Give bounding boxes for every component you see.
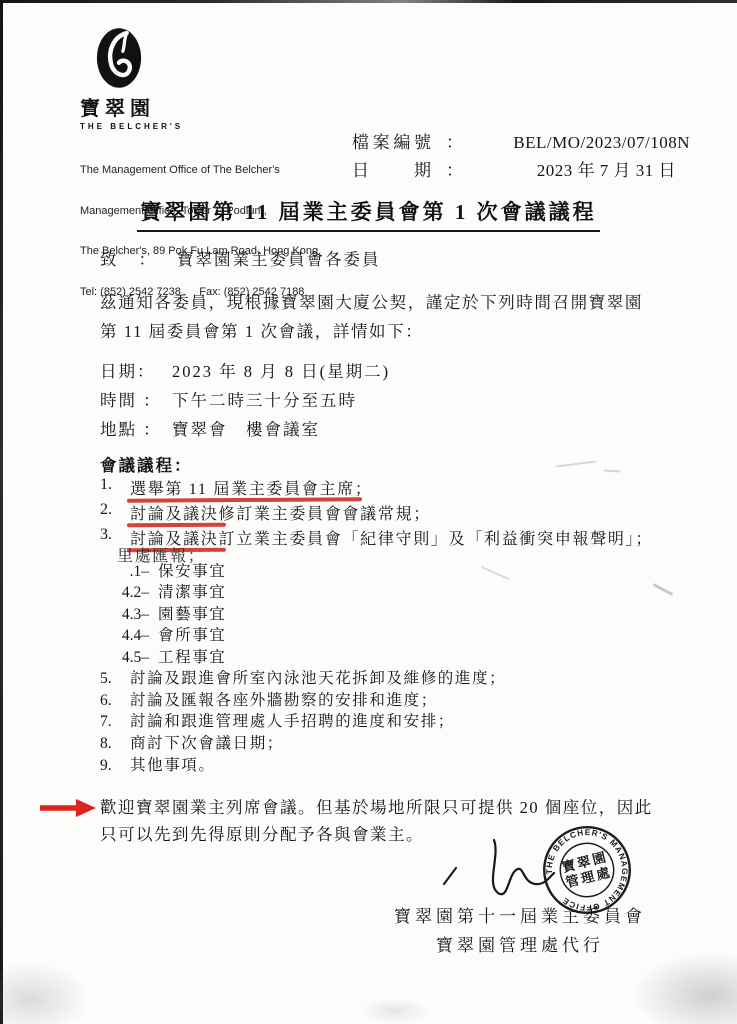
scan-smudge (632, 952, 737, 1024)
agenda-subitem: 4.4– 會所事宜 (105, 625, 226, 646)
agenda-subitem-text: 清潔事宜 (158, 582, 226, 603)
recipient-label: 致 (100, 250, 119, 269)
scan-smudge (360, 998, 430, 1024)
scan-edge-top (0, 0, 737, 3)
agenda-list-continued: 5. 討論及跟進會所室內泳池天花拆卸及維修的進度； 6. 討論及匯報各座外牆勘察… (100, 668, 720, 777)
red-underlined-phrase: 選舉第 11 屆業主委員會主席 (130, 481, 355, 498)
agenda-item: 5. 討論及跟進會所室內泳池天花拆卸及維修的進度； (100, 668, 720, 690)
agenda-item-text: 討論及議決訂立業主委員會「紀律守則」及「利益衝突申報聲明」； (130, 526, 653, 551)
agenda-item-text: 商討下次會議日期； (130, 733, 284, 755)
file-number-row: 檔案編號 ： BEL/MO/2023/07/108N (352, 129, 690, 157)
recipient-line: 致：寶翠園業主委員會各委員 (100, 246, 381, 270)
agenda-item-text: 討論及跟進會所室內泳池天花拆卸及維修的進度； (130, 668, 506, 690)
meeting-time-value: 下午二時三十分至五時 (172, 386, 357, 415)
agenda-item-number: 1. (100, 476, 130, 501)
logo-chinese-name: 寶翠園 (80, 92, 380, 121)
agenda-subitem-text: 園藝事宜 (158, 604, 226, 625)
document-date-value: 2023 年 7 月 31 日 (462, 157, 690, 185)
agenda-item: 1. 選舉第 11 屆業主委員會主席； (100, 476, 720, 501)
scanned-document-page: 寶翠園 THE BELCHER'S The Management Office … (0, 0, 737, 1024)
document-title: 寶翠園第 11 屆業主委員會第 1 次會議議程 (0, 196, 737, 232)
agenda-subitem: 4.5– 工程事宜 (105, 647, 226, 668)
red-underlined-phrase: 討論及議決 (130, 506, 219, 523)
agenda-item-number: 8. (100, 733, 130, 755)
belchers-logo-icon (95, 26, 143, 90)
document-date-colon: ： (446, 157, 462, 185)
footer-committee-line: 寶翠園第十一屆業主委員會 (340, 902, 700, 931)
agenda-item-text: 選舉第 11 屆業主委員會主席； (130, 476, 373, 501)
file-reference-block: 檔案編號 ： BEL/MO/2023/07/108N 日期 ： 2023 年 7… (352, 129, 690, 185)
recipient-colon: ： (139, 250, 158, 269)
logo-english-name: THE BELCHER'S (80, 122, 380, 131)
meeting-venue-row: 地點 ： 寶翠會 樓會議室 (100, 415, 390, 444)
document-date-label: 日期 (352, 157, 432, 185)
agenda-item-text: 討論及議決修訂業主委員會會議常規； (130, 501, 431, 526)
file-number-value: BEL/MO/2023/07/108N (462, 129, 690, 157)
agenda-subitem-number: 4.3– (105, 604, 149, 625)
agenda-subitem-number: 4.5– (105, 647, 149, 668)
agenda-item-text: 討論及匯報各座外牆勘察的安排和進度； (130, 690, 438, 712)
agenda-subitem-number: 4.2– (105, 582, 149, 603)
meeting-date-row: 日期： 2023 年 8 月 8 日(星期二) (100, 357, 390, 386)
agenda-item-rest: ； (355, 481, 373, 498)
agenda-subitem-text: 工程事宜 (158, 647, 226, 668)
meeting-date-value: 2023 年 8 月 8 日(星期二) (172, 357, 390, 386)
agenda-item: 2. 討論及議決修訂業主委員會會議常規； (100, 501, 720, 526)
file-number-colon: ： (446, 129, 462, 157)
recipient-value: 寶翠園業主委員會各委員 (177, 250, 381, 269)
letterhead: 寶翠園 THE BELCHER'S The Management Office … (80, 26, 380, 326)
agenda-item-text: 其他事項。 (130, 755, 216, 777)
signature-block: 寶翠園第十一屆業主委員會 寶翠園管理處代行 (340, 902, 700, 960)
address-line: The Management Office of The Belcher's (80, 164, 380, 178)
agenda-list: 1. 選舉第 11 屆業主委員會主席； 2. 討論及議決修訂業主委員會會議常規；… (100, 476, 720, 551)
agenda-subitem-number: 4.4– (105, 625, 149, 646)
agenda-item-number: 5. (100, 668, 130, 690)
agenda-item-number: 7. (100, 711, 130, 733)
agenda-item-rest: 修訂業主委員會會議常規； (219, 506, 431, 523)
meeting-venue-label: 地點 ： (100, 415, 172, 444)
pencil-mark (556, 461, 596, 468)
scan-smudge (0, 962, 90, 1024)
document-date-row: 日期 ： 2023 年 7 月 31 日 (352, 157, 690, 185)
footer-office-line: 寶翠園管理處代行 (340, 931, 700, 960)
agenda-item: 9. 其他事項。 (100, 755, 720, 777)
meeting-time-label: 時間 ： (100, 386, 172, 415)
intro-paragraph: 茲通知各委員，現根據寶翠園大廈公契，謹定於下列時間召開寶翠園第 11 屆委員會第… (100, 288, 660, 346)
agenda-item-number: 6. (100, 690, 130, 712)
agenda-subitem: 4.2– 清潔事宜 (105, 582, 226, 603)
agenda-sub-list: .1– 保安事宜 4.2– 清潔事宜 4.3– 園藝事宜 4.4– 會所事宜 4… (105, 561, 226, 668)
meeting-venue-value: 寶翠會 樓會議室 (172, 415, 320, 444)
scan-edge-left (0, 0, 3, 1024)
agenda-item: 8. 商討下次會議日期； (100, 733, 720, 755)
agenda-item-text: 討論和跟進管理處人手招聘的進度和安排； (130, 711, 455, 733)
agenda-item-rest: 訂立業主委員會「紀律守則」及「利益衝突申報聲明」； (219, 531, 654, 548)
agenda-item-number: 9. (100, 755, 130, 777)
meeting-details: 日期： 2023 年 8 月 8 日(星期二) 時間 ： 下午二時三十分至五時 … (100, 357, 390, 444)
file-number-label: 檔案編號 (352, 129, 432, 157)
red-arrow-icon (38, 798, 96, 818)
agenda-subitem: .1– 保安事宜 (105, 561, 226, 582)
agenda-subitem-text: 會所事宜 (158, 625, 226, 646)
agenda-subitem-number: .1– (105, 561, 149, 582)
agenda-subitem-text: 保安事宜 (158, 561, 226, 582)
agenda-item: 7. 討論和跟進管理處人手招聘的進度和安排； (100, 711, 720, 733)
pencil-mark (653, 583, 674, 596)
agenda-heading: 會議議程： (100, 452, 193, 476)
meeting-time-row: 時間 ： 下午二時三十分至五時 (100, 386, 390, 415)
pencil-mark (481, 566, 509, 580)
agenda-item-number: 2. (100, 501, 130, 526)
meeting-date-label: 日期： (100, 357, 172, 386)
pencil-mark (604, 469, 620, 472)
agenda-subitem: 4.3– 園藝事宜 (105, 604, 226, 625)
agenda-item: 6. 討論及匯報各座外牆勘察的安排和進度； (100, 690, 720, 712)
